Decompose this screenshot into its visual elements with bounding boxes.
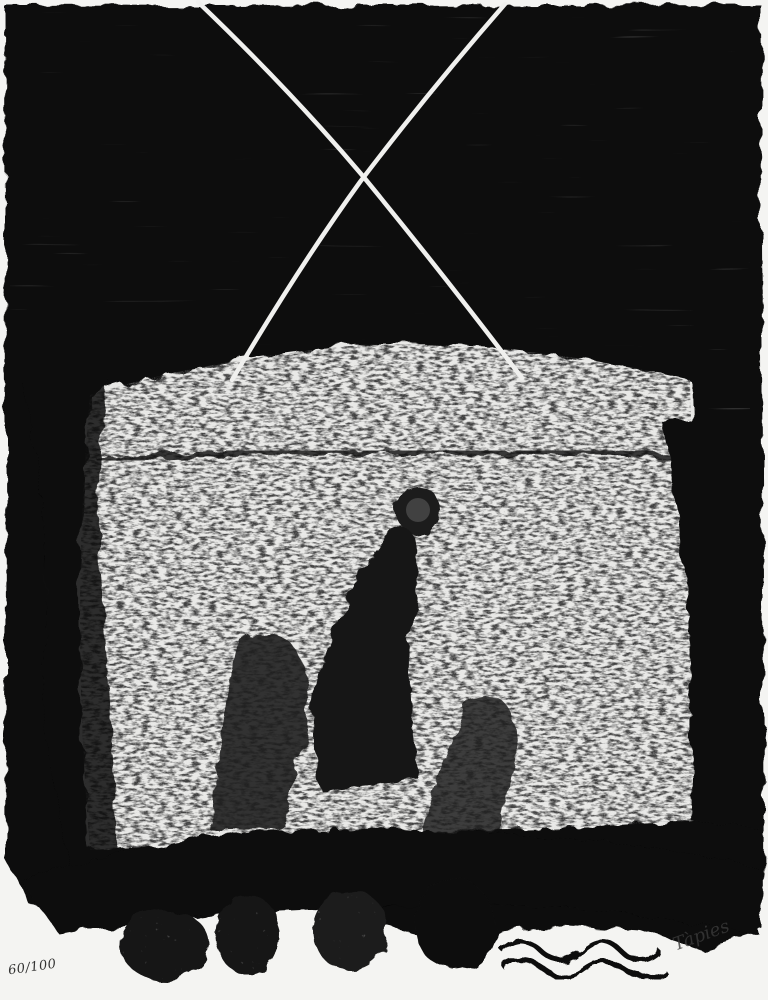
lithograph-artwork: 60/100 Tàpies xyxy=(0,0,768,1000)
artwork-canvas xyxy=(0,0,768,1000)
